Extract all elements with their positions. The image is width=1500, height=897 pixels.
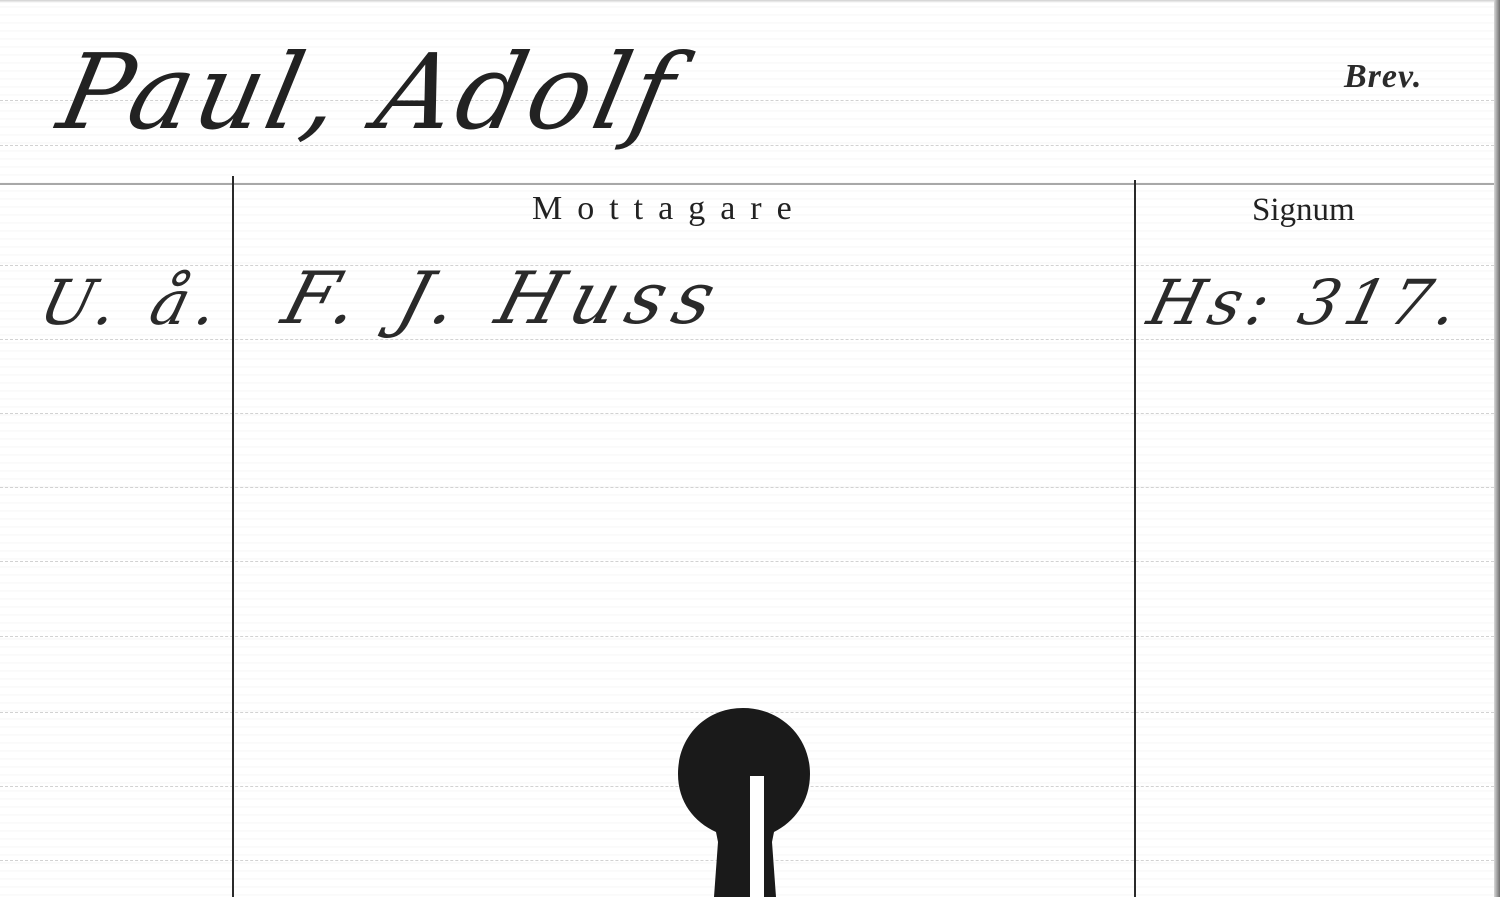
column-header-signum: Signum	[1252, 192, 1355, 229]
category-label: Brev.	[1344, 58, 1422, 96]
column-header-recipient: Mottagare	[532, 190, 807, 228]
rule-line	[0, 339, 1494, 340]
index-card: Paul, Adolf Brev. Mottagare Signum U. å.…	[0, 0, 1500, 897]
rule-line	[0, 413, 1494, 414]
entry-recipient: F. J. Huss	[276, 262, 733, 334]
card-top-edge	[0, 0, 1500, 3]
rule-line	[0, 636, 1494, 637]
rule-line	[0, 561, 1494, 562]
entry-place-date: U. å.	[34, 272, 232, 334]
column-divider-left	[232, 176, 234, 897]
rule-line	[0, 487, 1494, 488]
card-name-handwritten: Paul, Adolf	[51, 40, 687, 144]
filing-punch-hole-icon	[676, 706, 810, 897]
header-divider-line	[0, 183, 1494, 185]
card-right-edge	[1494, 0, 1500, 897]
entry-signum: Hs: 317.	[1142, 272, 1470, 334]
column-divider-right	[1134, 180, 1136, 897]
